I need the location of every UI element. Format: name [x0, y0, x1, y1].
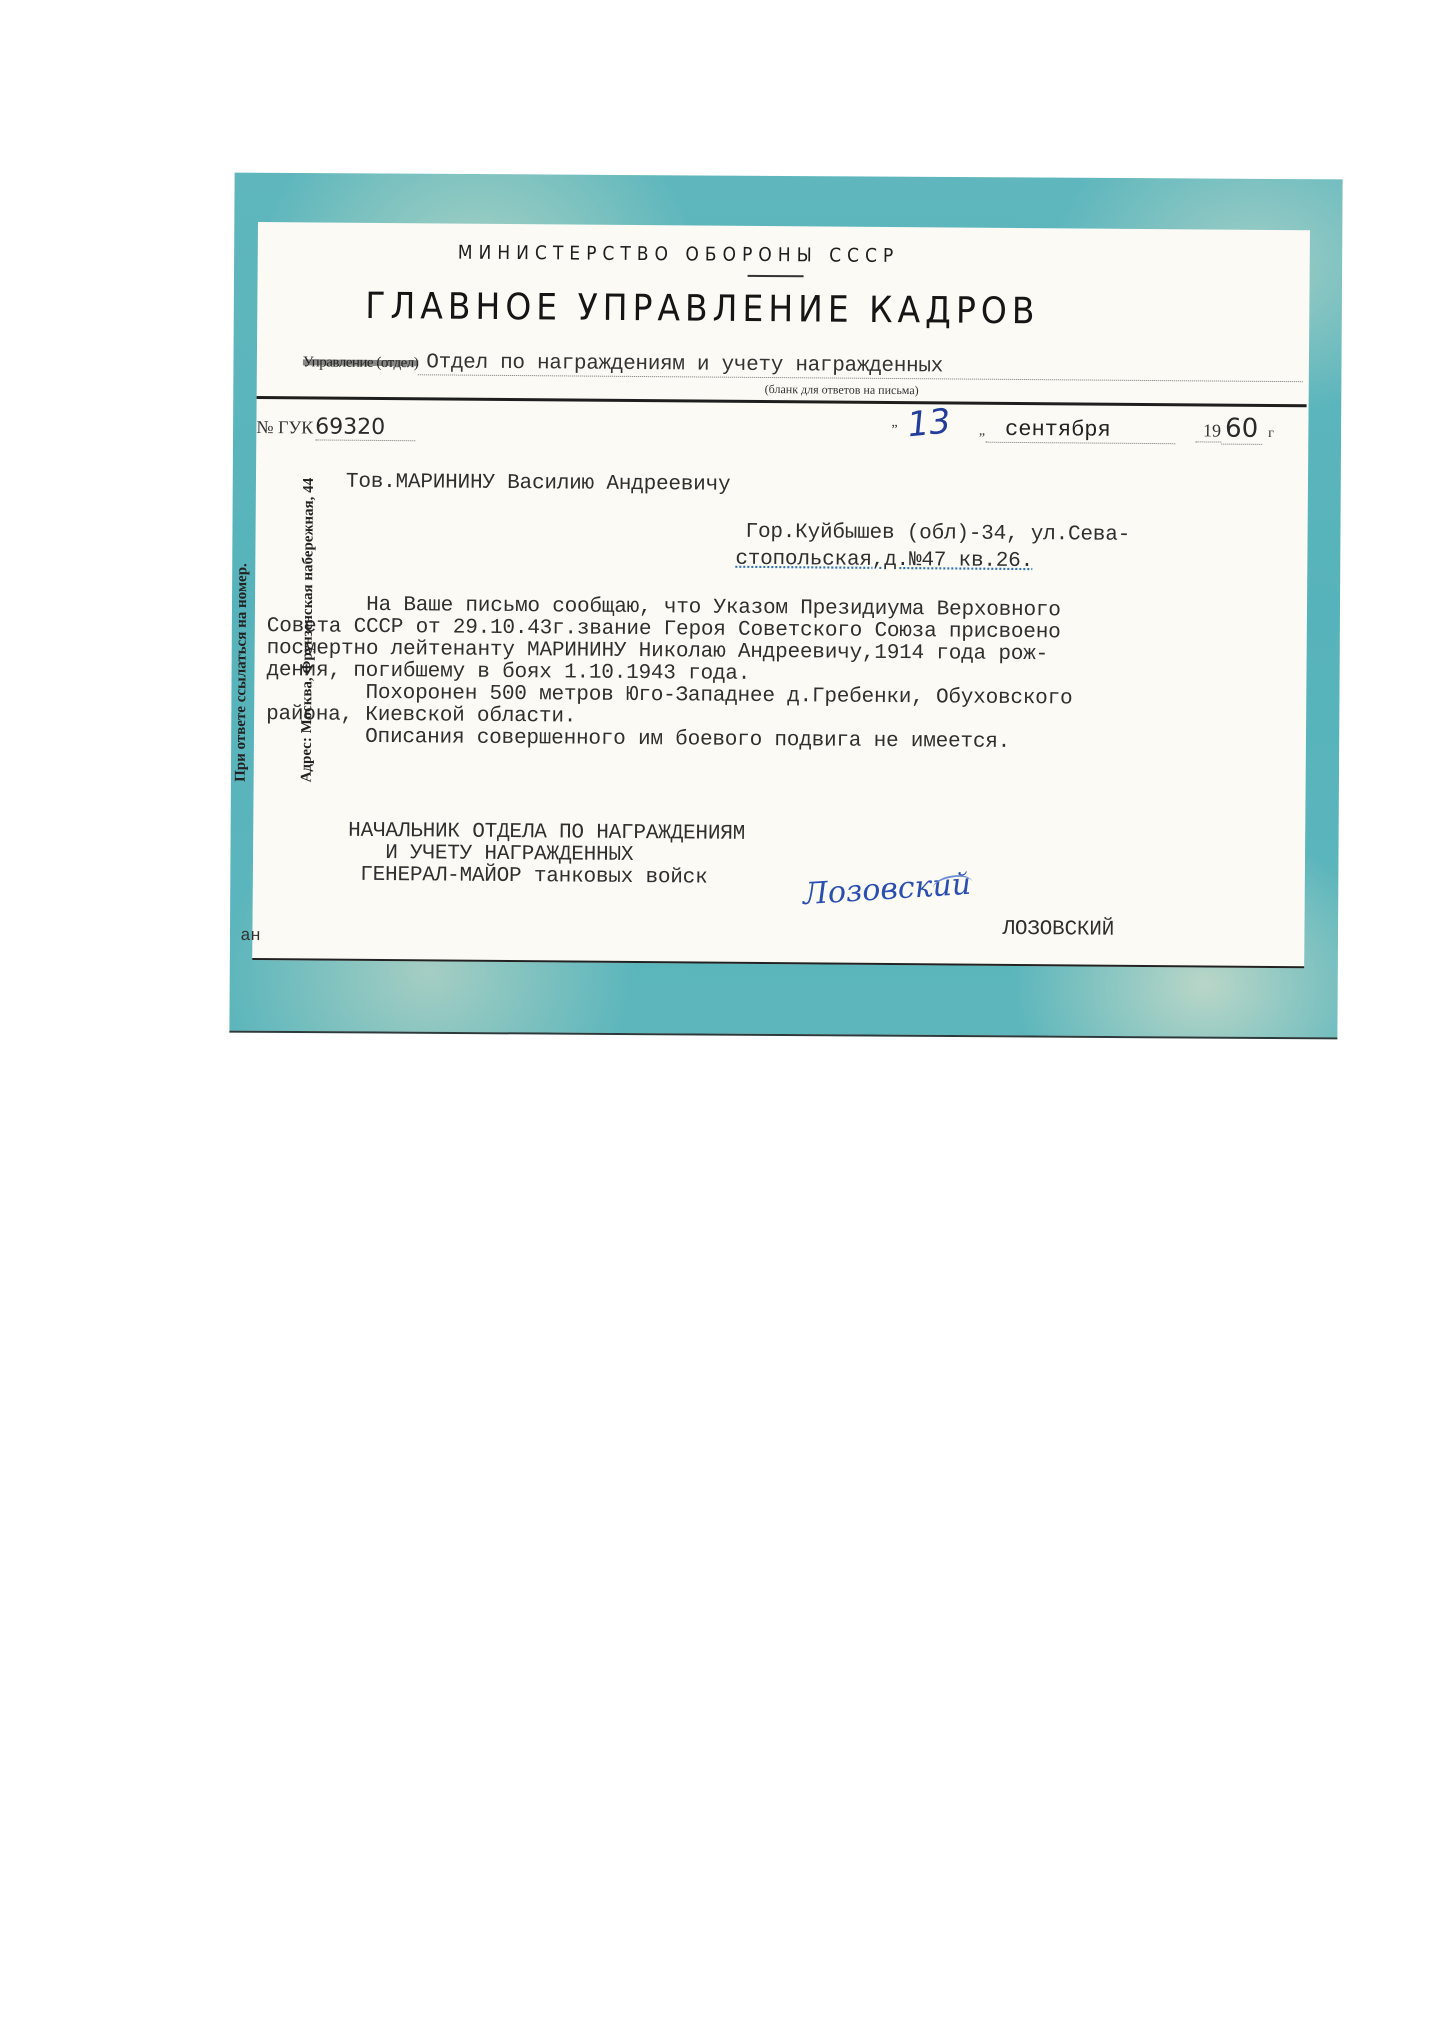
letter-body: На Ваше письмо сообщаю, что Указом Прези… — [266, 594, 1073, 754]
struck-prefix: Управление (отдел) — [303, 354, 419, 372]
reference-label: № ГУК — [256, 417, 313, 438]
ministry-heading: МИНИСТЕРСТВО ОБОРОНЫ СССР — [458, 242, 900, 267]
corner-fragment: ан — [240, 927, 260, 946]
address-line-1: Гор.Куйбышев (обл)-34, ул.Сева- — [745, 521, 1130, 547]
side-note-reply: При ответе ссылаться на номер. — [230, 477, 254, 782]
reference-number: 69320 — [315, 414, 415, 441]
blank-note: (бланк для ответов на письма) — [765, 382, 919, 398]
side-note-address: Адрес: Москва, Фрунзенская набережная, 4… — [296, 478, 320, 783]
date-open-quote: ” — [891, 423, 897, 439]
date-row: ” 13 „ сентября 19 60 г — [891, 403, 1274, 446]
date-day-handwritten: 13 — [906, 401, 953, 445]
address-line-2: стопольская,д.№47 кв.26. — [735, 548, 1033, 573]
directorate-title: ГЛАВНОЕ УПРАВЛЕНИЕ КАДРОВ — [365, 284, 1039, 332]
date-year-prefix: 19 — [1195, 420, 1221, 442]
reference-row: № ГУК 69320 — [256, 414, 415, 441]
letter-form: МИНИСТЕРСТВО ОБОРОНЫ СССР ГЛАВНОЕ УПРАВЛ… — [252, 222, 1310, 968]
side-margin-note: При ответе ссылаться на номер. Адрес: Мо… — [186, 477, 364, 783]
date-year: 60 — [1221, 414, 1262, 445]
addressee: Тов.МАРИНИНУ Василию Андреевичу — [346, 471, 731, 497]
signature-title: НАЧАЛЬНИК ОТДЕЛА ПО НАГРАЖДЕНИЯМ И УЧЕТУ… — [348, 821, 745, 890]
date-month: сентября — [985, 417, 1175, 444]
heading-divider — [748, 275, 804, 277]
department-row: Управление (отдел) Отдел по награждениям… — [303, 350, 1303, 382]
signer-name: ЛОЗОВСКИЙ — [1002, 918, 1114, 942]
department-name: Отдел по награждениям и учету награжденн… — [418, 351, 1303, 382]
date-year-suffix: г — [1268, 426, 1274, 442]
